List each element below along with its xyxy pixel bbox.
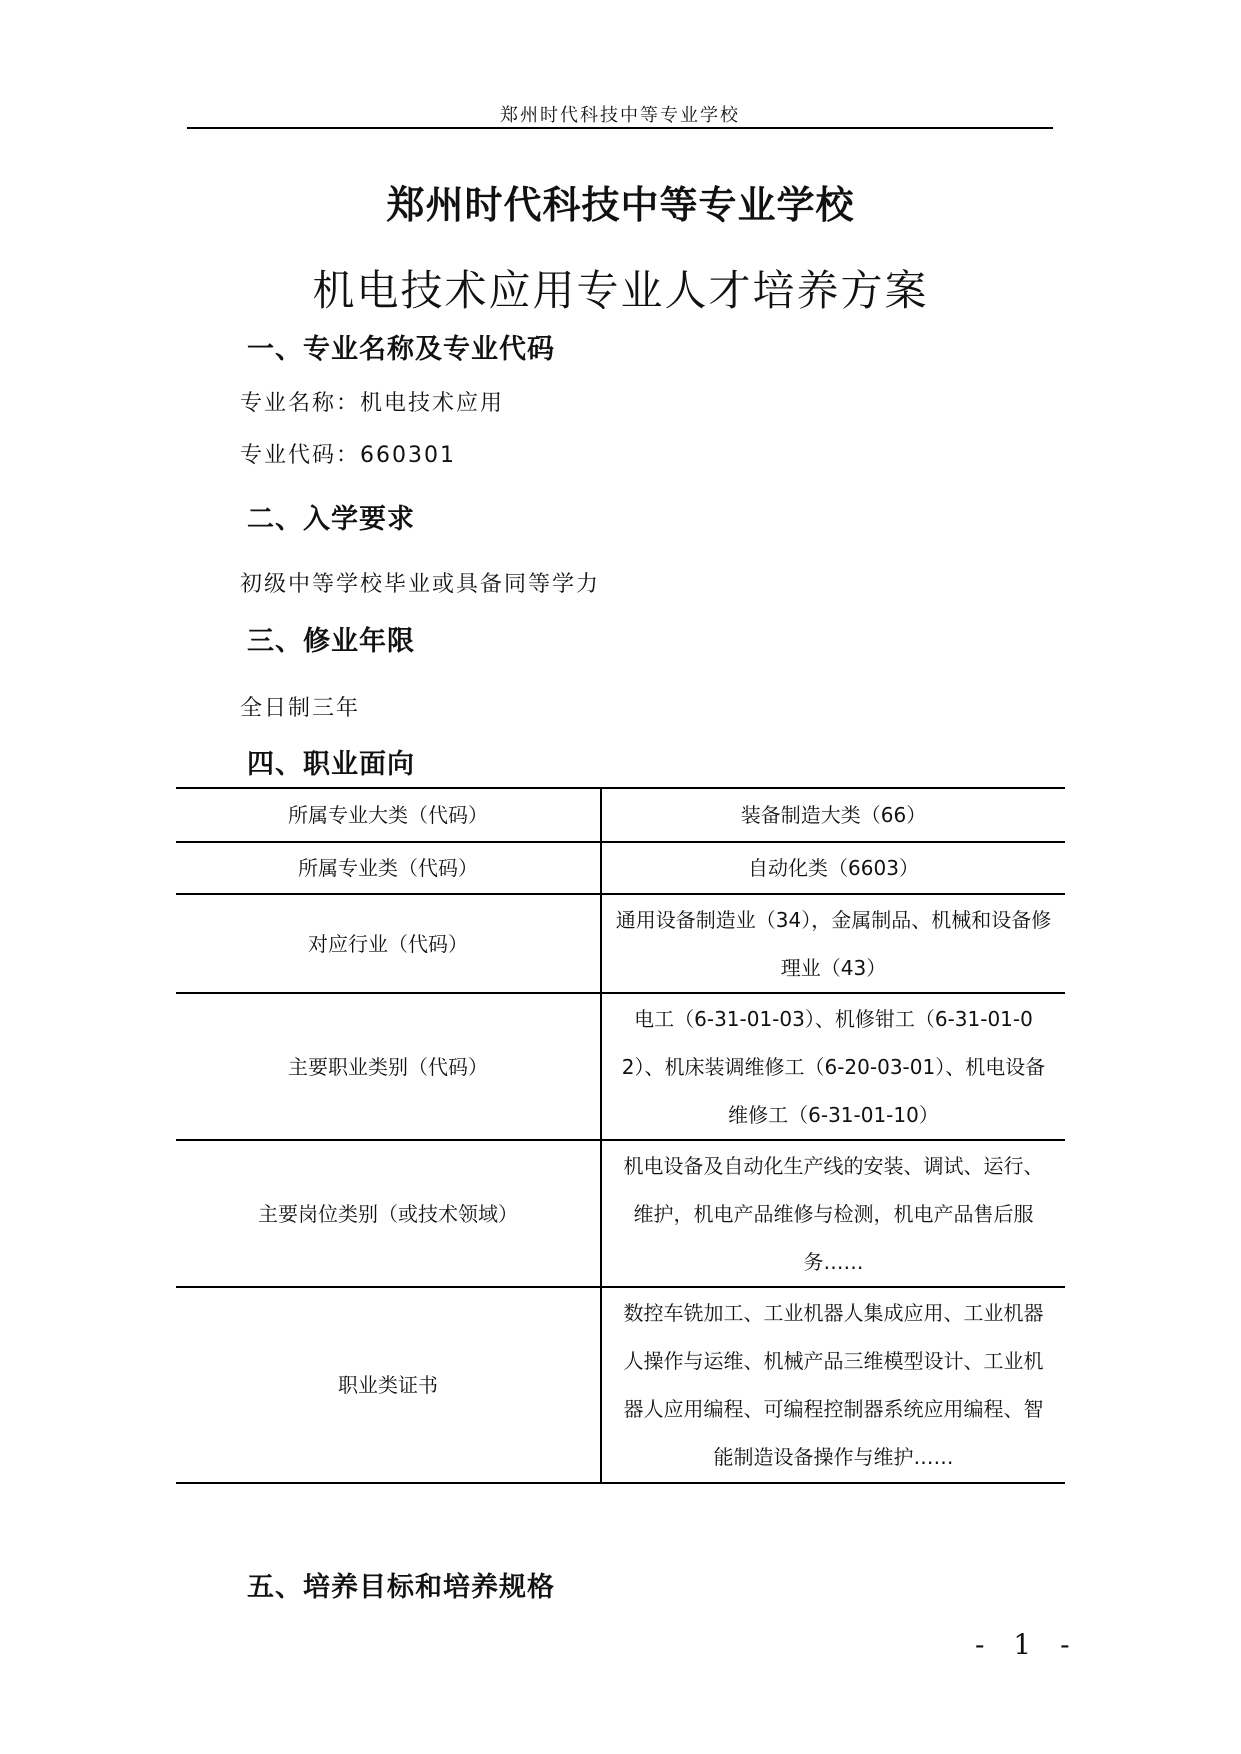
table-key: 所属专业大类（代码）	[176, 788, 601, 842]
table-row: 对应行业（代码） 通用设备制造业（34），金属制品、机械和设备修理业（43）	[176, 894, 1065, 993]
table-row: 所属专业大类（代码） 装备制造大类（66）	[176, 788, 1065, 842]
section-heading-1: 一、专业名称及专业代码	[247, 327, 555, 366]
section-heading-2: 二、入学要求	[247, 497, 415, 536]
admission-requirement: 初级中等学校毕业或具备同等学力	[240, 567, 600, 598]
table-row: 主要岗位类别（或技术领域） 机电设备及自动化生产线的安装、调试、运行、维护，机电…	[176, 1140, 1065, 1287]
table-row: 所属专业类（代码） 自动化类（6603）	[176, 842, 1065, 894]
table-value: 电工（6-31-01-03）、机修钳工（6-31-01-02）、机床装调维修工（…	[601, 993, 1065, 1140]
section-heading-3: 三、修业年限	[247, 619, 415, 658]
table-row: 主要职业类别（代码） 电工（6-31-01-03）、机修钳工（6-31-01-0…	[176, 993, 1065, 1140]
major-code: 专业代码：660301	[240, 438, 456, 469]
section-heading-5: 五、培养目标和培养规格	[247, 1565, 555, 1604]
table-key: 主要岗位类别（或技术领域）	[176, 1140, 601, 1287]
table-value: 通用设备制造业（34），金属制品、机械和设备修理业（43）	[601, 894, 1065, 993]
table-value: 数控车铣加工、工业机器人集成应用、工业机器人操作与运维、机械产品三维模型设计、工…	[601, 1287, 1065, 1483]
table-value: 自动化类（6603）	[601, 842, 1065, 894]
table-key: 主要职业类别（代码）	[176, 993, 601, 1140]
running-header: 郑州时代科技中等专业学校	[187, 101, 1053, 127]
career-orientation-table: 所属专业大类（代码） 装备制造大类（66） 所属专业类（代码） 自动化类（660…	[176, 787, 1065, 1484]
table-row: 职业类证书 数控车铣加工、工业机器人集成应用、工业机器人操作与运维、机械产品三维…	[176, 1287, 1065, 1483]
table-value: 装备制造大类（66）	[601, 788, 1065, 842]
table-key: 职业类证书	[176, 1287, 601, 1483]
school-title: 郑州时代科技中等专业学校	[0, 174, 1241, 229]
header-rule	[187, 127, 1053, 129]
study-duration: 全日制三年	[240, 691, 360, 722]
table-value: 机电设备及自动化生产线的安装、调试、运行、维护，机电产品维修与检测，机电产品售后…	[601, 1140, 1065, 1287]
table-key: 所属专业类（代码）	[176, 842, 601, 894]
section-heading-4: 四、职业面向	[247, 742, 415, 781]
document-title: 机电技术应用专业人才培养方案	[0, 258, 1241, 318]
page-number: - 1 -	[975, 1628, 1080, 1661]
major-name: 专业名称：机电技术应用	[240, 386, 504, 417]
table-key: 对应行业（代码）	[176, 894, 601, 993]
